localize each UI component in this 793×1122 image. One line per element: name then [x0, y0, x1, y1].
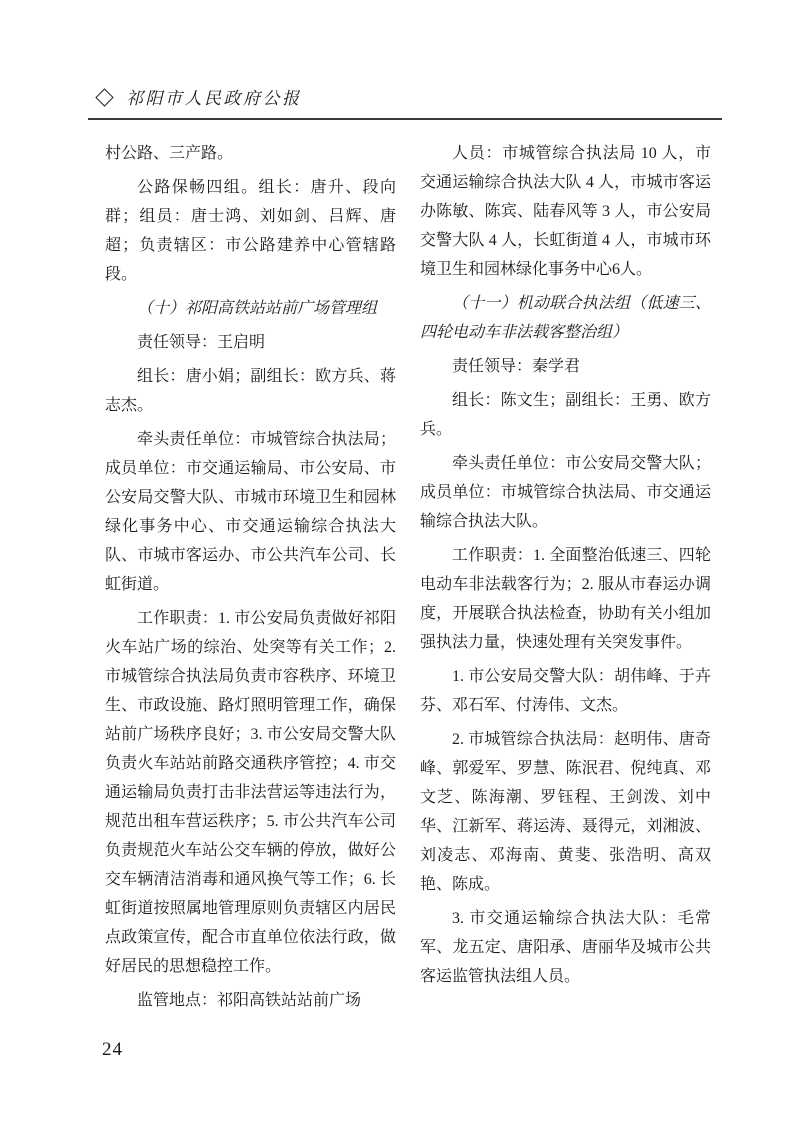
paragraph: 组长：唐小娟；副组长：欧方兵、蒋志杰。 [105, 362, 396, 420]
paragraph: 监管地点：祁阳高铁站站前广场 [105, 986, 396, 1015]
page-header: 祁阳市人民政府公报 [88, 84, 722, 120]
paragraph: 2. 市城管综合执法局：赵明伟、唐奇峰、郭爱军、罗慧、陈泯君、倪纯真、邓文芝、陈… [420, 725, 711, 899]
paragraph: 工作职责：1. 全面整治低速三、四轮电动车非法载客行为；2. 服从市春运办调度，… [420, 541, 711, 657]
diamond-icon [95, 88, 113, 106]
paragraph: 工作职责：1. 市公安局负责做好祁阳火车站广场的综治、处突等有关工作；2. 市城… [105, 604, 396, 981]
section-heading: （十）祁阳高铁站站前广场管理组 [105, 294, 396, 323]
text-columns: 村公路、三产路。 公路保畅四组。组长：唐升、段向群；组员：唐士鸿、刘如剑、吕辉、… [105, 139, 711, 1015]
header-title: 祁阳市人民政府公报 [126, 84, 302, 109]
paragraph: 公路保畅四组。组长：唐升、段向群；组员：唐士鸿、刘如剑、吕辉、唐超；负责辖区：市… [105, 173, 396, 289]
paragraph: 责任领导：秦学君 [420, 352, 711, 381]
paragraph: 1. 市公安局交警大队：胡伟峰、于卉芬、邓石军、付涛伟、文杰。 [420, 662, 711, 720]
gazette-page: 祁阳市人民政府公报 村公路、三产路。 公路保畅四组。组长：唐升、段向群；组员：唐… [0, 0, 793, 1122]
paragraph: 人员：市城管综合执法局 10 人，市交通运输综合执法大队 4 人，市城市客运办陈… [420, 139, 711, 284]
paragraph: 牵头责任单位：市公安局交警大队；成员单位：市城管综合执法局、市交通运输综合执法大… [420, 449, 711, 536]
paragraph: 组长：陈文生；副组长：王勇、欧方兵。 [420, 386, 711, 444]
paragraph: 责任领导：王启明 [105, 328, 396, 357]
section-heading: （十一）机动联合执法组（低速三、四轮电动车非法载客整治组） [420, 289, 711, 347]
left-column: 村公路、三产路。 公路保畅四组。组长：唐升、段向群；组员：唐士鸿、刘如剑、吕辉、… [105, 139, 396, 1015]
paragraph: 村公路、三产路。 [105, 139, 396, 168]
paragraph: 3. 市交通运输综合执法大队：毛常军、龙五定、唐阳承、唐丽华及城市公共客运监管执… [420, 904, 711, 991]
right-column: 人员：市城管综合执法局 10 人，市交通运输综合执法大队 4 人，市城市客运办陈… [420, 139, 711, 1015]
page-number: 24 [102, 1039, 123, 1061]
paragraph: 牵头责任单位：市城管综合执法局；成员单位：市交通运输局、市公安局、市公安局交警大… [105, 425, 396, 599]
